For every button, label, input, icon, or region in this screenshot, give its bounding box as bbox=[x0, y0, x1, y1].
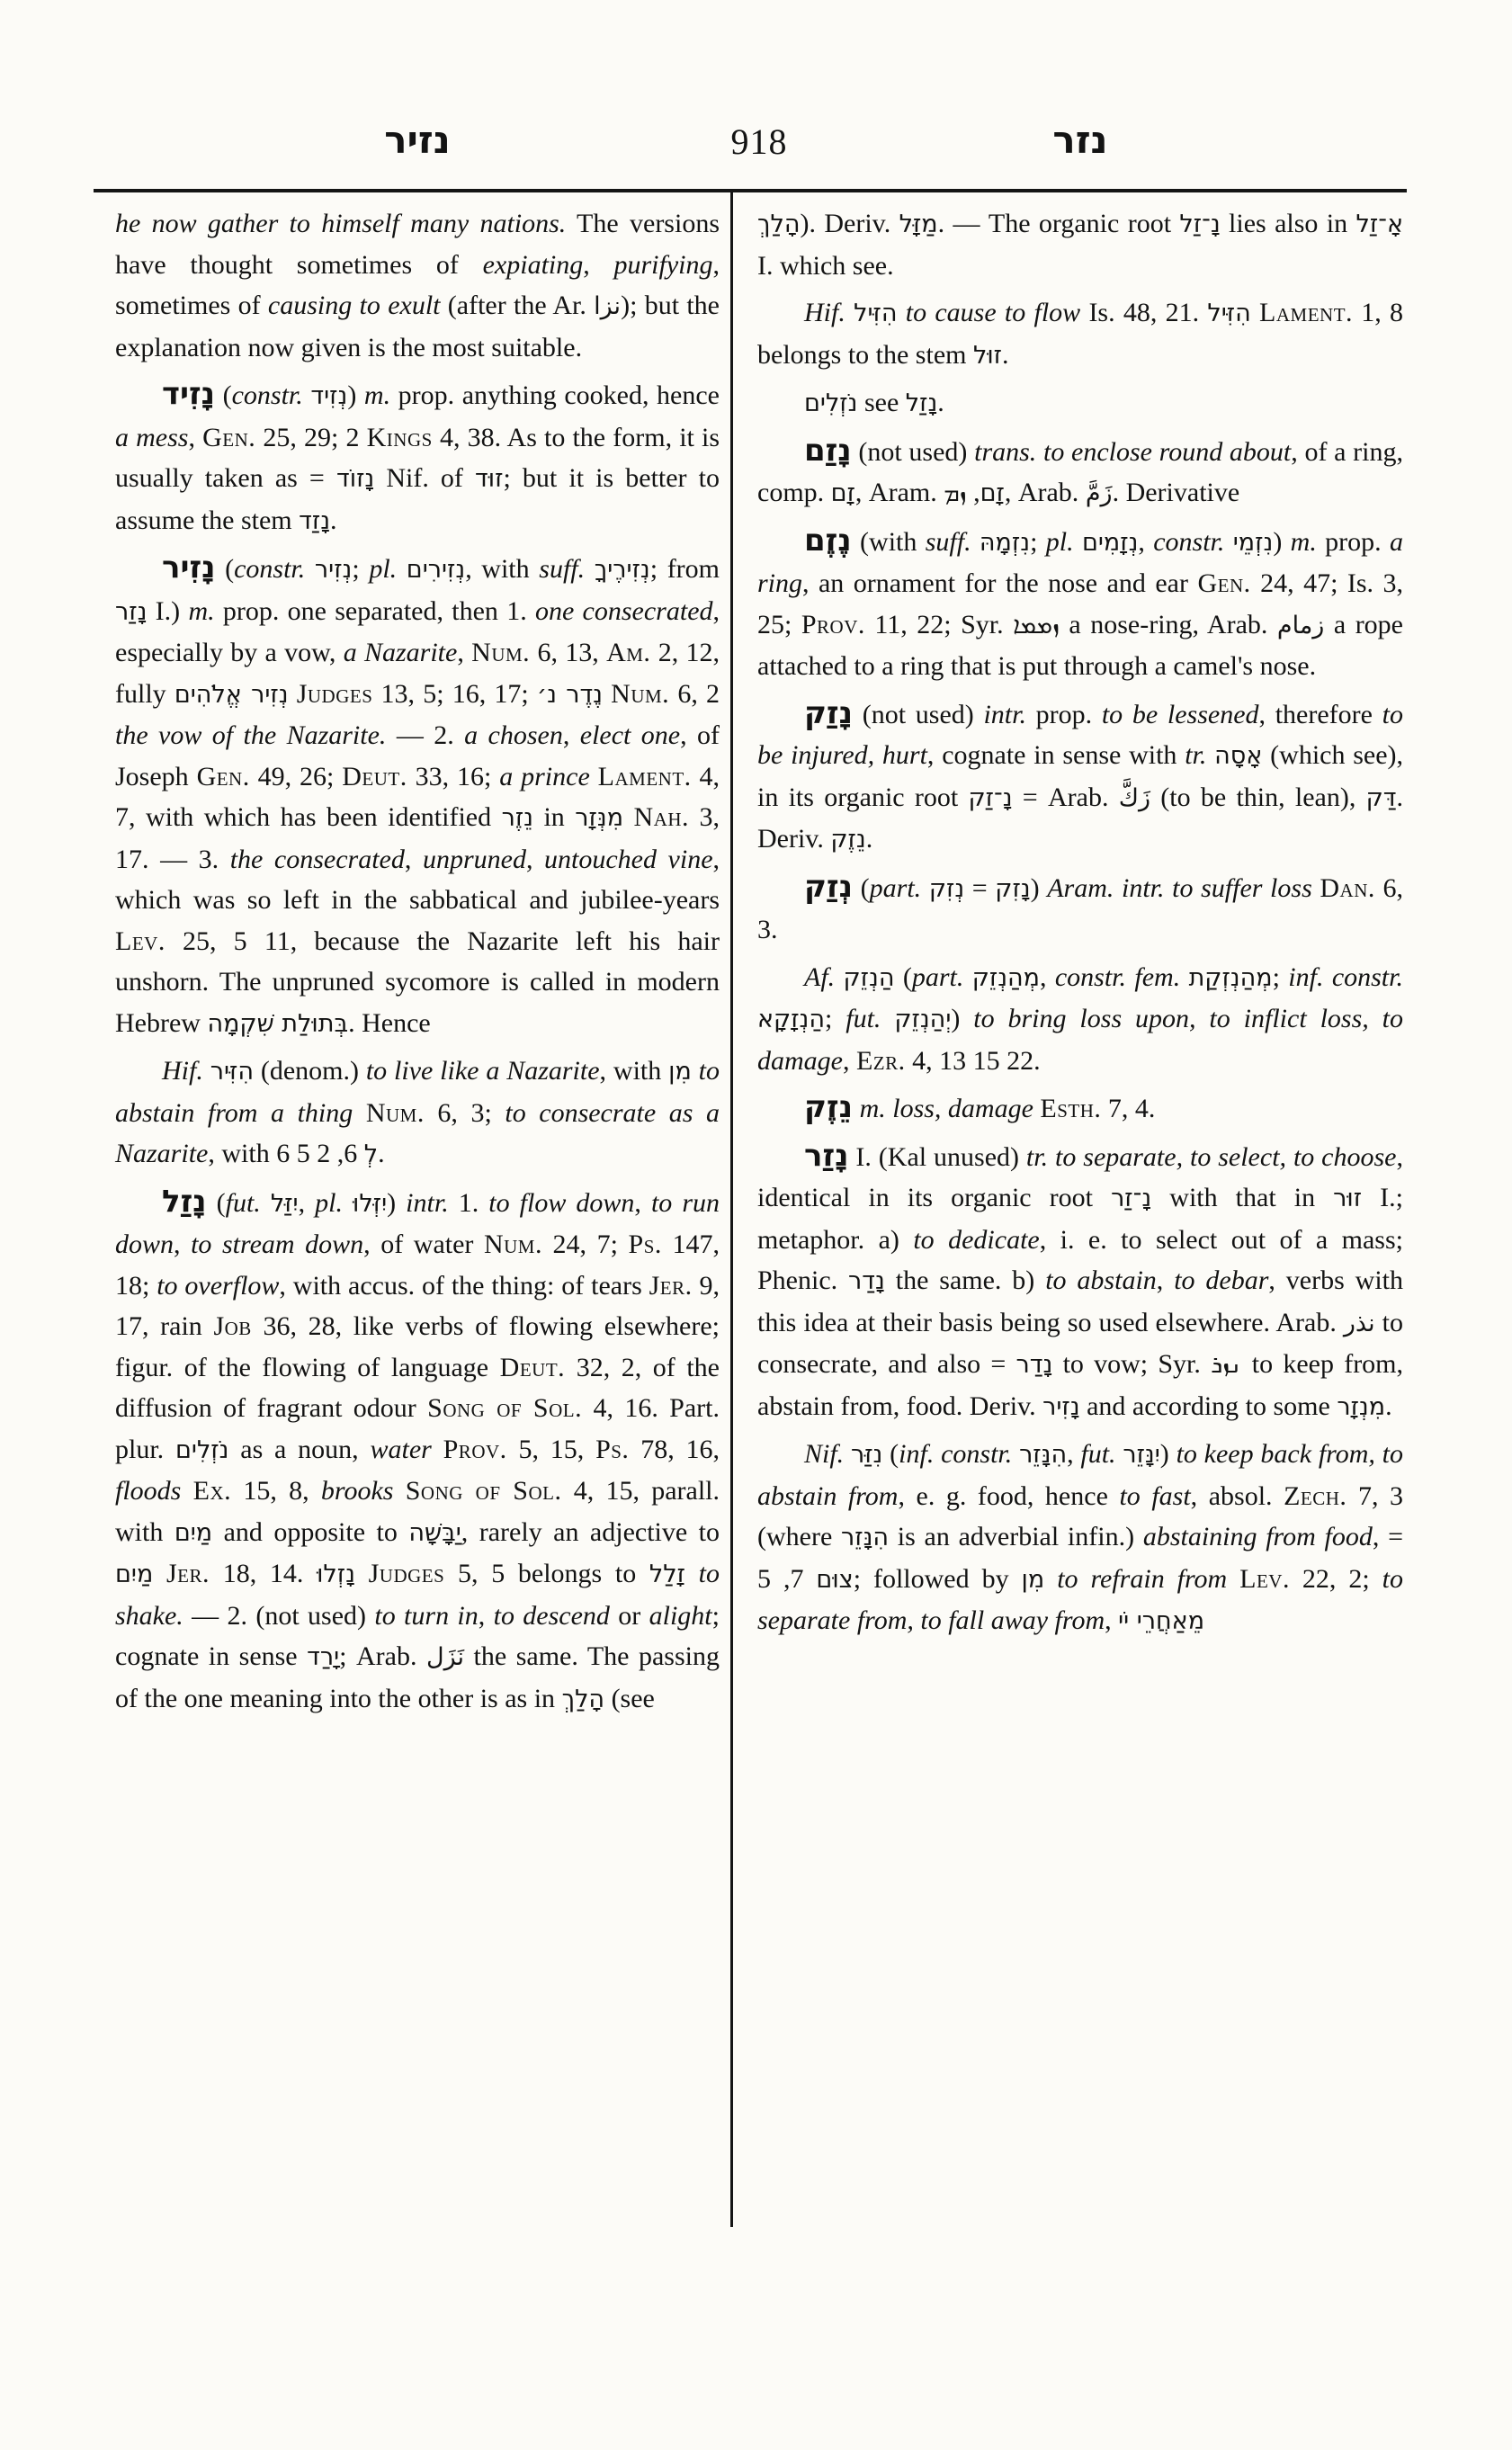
text-segment: prop. bbox=[1026, 700, 1102, 729]
italic-text-segment: elect one bbox=[580, 720, 680, 750]
text-segment: , bbox=[1105, 1605, 1118, 1635]
italic-text-segment: to overflow bbox=[157, 1271, 279, 1301]
text-segment: = Arab. bbox=[1013, 782, 1119, 812]
hebrew-word: יָרַד bbox=[307, 1643, 339, 1671]
text-segment bbox=[585, 554, 595, 584]
italic-text-segment: to be lessened bbox=[1102, 700, 1259, 729]
text-segment: — 2. bbox=[386, 720, 464, 750]
italic-text-segment: constr. bbox=[1153, 527, 1224, 557]
italic-text-segment: to debar bbox=[1174, 1265, 1268, 1295]
running-head-right-hebrew: נזר bbox=[757, 113, 1403, 167]
arabic-word: زمام bbox=[1277, 612, 1324, 639]
bible-reference: Lev. bbox=[1239, 1564, 1290, 1594]
text-segment: , bbox=[457, 638, 471, 667]
italic-text-segment: to cause to flow bbox=[906, 298, 1080, 327]
italic-text-segment: to descend bbox=[494, 1601, 610, 1631]
text-segment: 6, 3; bbox=[425, 1098, 505, 1128]
hebrew-word: נָ־זַק bbox=[968, 784, 1012, 812]
bible-reference: Dan. bbox=[1320, 873, 1375, 903]
hebrew-word: נֹזְלִים bbox=[804, 389, 857, 417]
bible-reference: Nah. bbox=[634, 802, 690, 832]
text-segment: 22, 2; bbox=[1290, 1564, 1382, 1594]
text-segment: ; bbox=[825, 1004, 845, 1033]
dictionary-page: נזיר 918 נזר he now gather to himself ma… bbox=[0, 0, 1512, 2450]
hebrew-word: נָדַר bbox=[848, 1267, 885, 1295]
bible-reference: Lev. bbox=[115, 926, 166, 956]
text-segment bbox=[1224, 527, 1232, 557]
hebrew-word: יְהַנְזֵק bbox=[894, 1006, 951, 1033]
entry-paragraph: Hif. הִזִּיל to cause to flow Is. 48, 21… bbox=[757, 292, 1403, 376]
column-divider-rule bbox=[730, 192, 733, 2227]
text-segment: — 2. (not used) bbox=[183, 1601, 375, 1631]
italic-text-segment: to refrain from bbox=[1057, 1564, 1227, 1594]
hebrew-word: נְזִירֶיךָ bbox=[595, 556, 650, 584]
entry-paragraph: Hif. הִזִּיר (denom.) to live like a Naz… bbox=[115, 1051, 720, 1176]
text-segment bbox=[603, 679, 611, 709]
entry-paragraph: Af. הַנְזֵק (part. מְהַנְזֵק, constr. fe… bbox=[757, 957, 1403, 1082]
text-segment: , cognate in sense with bbox=[927, 740, 1185, 770]
text-segment: 5, 15, bbox=[507, 1435, 595, 1464]
italic-text-segment: part. bbox=[870, 873, 922, 903]
hebrew-word: נָ־זַל bbox=[1179, 210, 1220, 238]
bible-reference: Prov. bbox=[801, 610, 865, 639]
text-segment: 78, 16, bbox=[629, 1435, 720, 1464]
text-segment: = bbox=[964, 873, 995, 903]
text-segment: and according to some bbox=[1080, 1391, 1338, 1421]
hebrew-word: נָזִק bbox=[995, 875, 1030, 903]
arabic-word: نزا bbox=[594, 292, 621, 320]
italic-text-segment: to flow down bbox=[488, 1188, 634, 1218]
entry-paragraph: נְזַק (part. נָזִק = נְזִק) Aram. intr. … bbox=[757, 867, 1403, 951]
text-segment bbox=[261, 1188, 271, 1218]
italic-text-segment: Aram. intr. to suffer loss bbox=[1047, 873, 1312, 903]
italic-text-segment: tr. to separate, to select, to choose bbox=[1026, 1142, 1397, 1172]
text-segment: (not used) bbox=[852, 437, 974, 467]
text-segment bbox=[397, 554, 407, 584]
text-segment: , bbox=[1067, 1439, 1080, 1469]
text-segment bbox=[845, 298, 854, 327]
text-segment: 5, 5 belongs to bbox=[444, 1559, 649, 1588]
italic-text-segment: a mess bbox=[115, 423, 188, 452]
arabic-word: نَزَل bbox=[426, 1643, 464, 1671]
italic-text-segment: suff. bbox=[539, 554, 585, 584]
entry-paragraph: נָזַק (not used) intr. prop. to be lesse… bbox=[757, 693, 1403, 861]
entry-paragraph: נָזִיר (constr. נְזִיר; pl. נְזִירִים, w… bbox=[115, 548, 720, 1044]
text-segment bbox=[897, 298, 905, 327]
text-segment: 49, 26; bbox=[250, 762, 343, 791]
italic-text-segment: constr. bbox=[232, 380, 303, 410]
text-segment: in bbox=[533, 802, 575, 832]
hebrew-word: הַנְזֵק bbox=[844, 964, 895, 992]
text-segment: ( bbox=[215, 380, 232, 410]
hebrew-word: צוּם bbox=[816, 1566, 853, 1594]
hebrew-word: נָזַל bbox=[906, 389, 938, 417]
italic-text-segment: to stream down bbox=[191, 1229, 363, 1259]
hebrew-word: נֵזֶר bbox=[502, 804, 533, 832]
text-segment: 6, 13, bbox=[530, 638, 606, 667]
hebrew-word: מַיִם bbox=[115, 1560, 153, 1588]
text-segment: 7, 5; followed by bbox=[757, 1564, 1022, 1594]
bible-reference: Song of Sol. bbox=[406, 1476, 562, 1506]
text-segment: , with bbox=[208, 1139, 276, 1168]
italic-text-segment: unpruned bbox=[423, 845, 526, 874]
header-rule bbox=[94, 189, 1407, 192]
text-segment: Nif. of bbox=[374, 463, 475, 493]
italic-text-segment: alight bbox=[649, 1601, 712, 1631]
arabic-word: زَكَّ bbox=[1119, 784, 1150, 812]
text-segment: , bbox=[967, 478, 980, 507]
text-segment: , bbox=[1040, 962, 1055, 992]
bible-reference: Judges bbox=[297, 679, 373, 709]
hebrew-word: לְ bbox=[364, 1140, 378, 1168]
hebrew-word: נָזִיר bbox=[1042, 1393, 1079, 1421]
text-segment: ). Deriv. bbox=[801, 209, 899, 238]
italic-text-segment: m. bbox=[1291, 527, 1317, 557]
hebrew-word: הִזִּיל bbox=[1207, 300, 1250, 327]
hebrew-word: יִזַּל bbox=[271, 1190, 299, 1218]
hebrew-word: אָ־זַל bbox=[1356, 210, 1403, 238]
hebrew-word: הִזִּיל bbox=[854, 300, 897, 327]
text-segment: , of water bbox=[363, 1229, 484, 1259]
text-segment: ( bbox=[216, 554, 235, 584]
text-segment: 24, 7; bbox=[542, 1229, 629, 1259]
italic-text-segment: part. bbox=[912, 962, 964, 992]
hebrew-word: יִזְּלוּ bbox=[353, 1190, 387, 1218]
text-segment: a nose-ring, Arab. bbox=[1060, 610, 1277, 639]
italic-text-segment: tr. bbox=[1185, 740, 1206, 770]
text-segment: , Arab. bbox=[1005, 478, 1086, 507]
text-segment: (with bbox=[852, 527, 926, 557]
entry-paragraph: he now gather to himself many nations. T… bbox=[115, 203, 720, 368]
text-segment bbox=[590, 762, 598, 791]
hebrew-word: הִנָּזֵר bbox=[841, 1524, 889, 1551]
text-segment: . Hence bbox=[348, 1008, 431, 1038]
text-segment: ; Arab. bbox=[339, 1641, 426, 1671]
hebrew-headword: נָזִיר bbox=[162, 550, 216, 586]
hebrew-word: נִזַּר bbox=[851, 1441, 882, 1469]
text-segment: , therefore bbox=[1259, 700, 1382, 729]
hebrew-word: נָדַר bbox=[1016, 1351, 1053, 1379]
text-segment bbox=[971, 527, 980, 557]
text-segment bbox=[685, 1559, 699, 1588]
hebrew-word: נָזַד bbox=[299, 507, 330, 535]
text-segment: , rarely an adjective to bbox=[461, 1517, 720, 1547]
italic-text-segment: intr. bbox=[983, 700, 1026, 729]
text-segment: ) bbox=[1273, 527, 1290, 557]
bible-reference: Num. bbox=[611, 679, 669, 709]
text-segment: 15, 8, bbox=[231, 1476, 321, 1506]
text-segment: 11, 22; Syr. bbox=[865, 610, 1013, 639]
hebrew-headword: נָזַר bbox=[804, 1138, 849, 1174]
text-segment: and opposite to bbox=[212, 1517, 408, 1547]
text-segment: . bbox=[1385, 1391, 1392, 1421]
entry-paragraph: נָזַל (fut. יִזַּל, pl. יִזְּלוּ) intr. … bbox=[115, 1182, 720, 1721]
hebrew-word: זָלַל bbox=[649, 1560, 685, 1588]
italic-text-segment: Hif. bbox=[162, 1056, 203, 1086]
text-segment: 25, 29; 2 bbox=[255, 423, 366, 452]
text-segment bbox=[1227, 1564, 1239, 1594]
italic-text-segment: Af. bbox=[804, 962, 835, 992]
italic-text-segment: Hif. bbox=[804, 298, 845, 327]
text-segment: (to be thin, lean), bbox=[1150, 782, 1366, 812]
italic-text-segment: to dedicate bbox=[913, 1225, 1039, 1255]
text-segment bbox=[1044, 1564, 1057, 1594]
text-segment: to vow; Syr. bbox=[1052, 1349, 1211, 1379]
hebrew-word: נָזְלוּ bbox=[317, 1560, 355, 1588]
text-segment: ; bbox=[352, 554, 369, 584]
text-segment: ( bbox=[894, 962, 911, 992]
hebrew-word: נָזוֹד bbox=[336, 465, 374, 493]
syriac-word: ܙܡ bbox=[944, 479, 966, 507]
text-segment: as a noun, bbox=[228, 1435, 370, 1464]
text-segment: ) bbox=[387, 1188, 406, 1218]
italic-text-segment: pl. bbox=[315, 1188, 343, 1218]
italic-text-segment: inf. constr. bbox=[899, 1439, 1012, 1469]
text-segment: , bbox=[188, 423, 202, 452]
bible-reference: Ps. bbox=[595, 1435, 629, 1464]
text-segment: , bbox=[843, 1046, 856, 1076]
italic-text-segment: the consecrated bbox=[230, 845, 405, 874]
hebrew-word: מִנְּזָר bbox=[575, 804, 623, 832]
text-segment: , an ornament for the nose and ear bbox=[802, 568, 1197, 598]
hebrew-word: דַּק bbox=[1366, 784, 1397, 812]
italic-text-segment: to live like a Nazarite bbox=[366, 1056, 600, 1086]
text-segment: , bbox=[479, 1601, 494, 1631]
text-segment: , bbox=[1138, 527, 1153, 557]
hebrew-word: נֶדֶר נ׳ bbox=[537, 681, 603, 709]
entry-paragraph: נֵזֶק m. loss, damage Esth. 7, 4. bbox=[757, 1087, 1403, 1130]
bible-reference: Ex. bbox=[193, 1476, 232, 1506]
text-segment: ; bbox=[1273, 962, 1289, 992]
text-segment: (see bbox=[604, 1684, 655, 1713]
hebrew-headword: נָזִיד bbox=[162, 376, 215, 412]
bible-reference: Jer. bbox=[649, 1271, 693, 1301]
hebrew-word: יִנָּזֵר bbox=[1123, 1441, 1159, 1469]
italic-text-segment: Nif. bbox=[804, 1439, 844, 1469]
bible-reference: Deut. bbox=[342, 762, 407, 791]
text-segment: , bbox=[299, 1188, 316, 1218]
text-segment bbox=[1206, 740, 1214, 770]
text-segment: ) bbox=[1160, 1439, 1176, 1469]
hebrew-word: נְזִיד bbox=[310, 382, 347, 410]
bible-reference: Num. bbox=[471, 638, 530, 667]
entry-paragraph: נֹזְלִים see נָזַל. bbox=[757, 382, 1403, 425]
text-segment: ( bbox=[853, 873, 870, 903]
hebrew-word: מִנְזָר bbox=[1337, 1393, 1385, 1421]
hebrew-word: מְהַנְזֵק bbox=[972, 964, 1040, 992]
italic-text-segment: fut. bbox=[1080, 1439, 1115, 1469]
bible-reference: Num. bbox=[366, 1098, 425, 1128]
italic-text-segment: m. bbox=[188, 596, 214, 626]
text-segment: (denom.) bbox=[254, 1056, 366, 1086]
bible-reference: Job bbox=[213, 1311, 251, 1341]
text-segment: ) bbox=[1031, 873, 1048, 903]
italic-text-segment: a chosen bbox=[464, 720, 563, 750]
text-segment bbox=[393, 1476, 405, 1506]
hebrew-word: מֵאַחֲרֵי יֹי bbox=[1118, 1607, 1204, 1635]
italic-text-segment: to abstain bbox=[1045, 1265, 1157, 1295]
entry-paragraph: הָלַךְ). Deriv. מַזָּל. — The organic ro… bbox=[757, 203, 1403, 286]
text-segment: I. which see. bbox=[757, 251, 894, 281]
text-segment bbox=[963, 962, 971, 992]
text-segment: prop. anything cooked, hence bbox=[390, 380, 720, 410]
text-segment bbox=[1251, 298, 1259, 327]
hebrew-word: הַנְזָקָא bbox=[757, 1006, 825, 1033]
italic-text-segment: trans. to enclose round about bbox=[974, 437, 1291, 467]
text-segment: , bbox=[583, 250, 613, 280]
italic-text-segment: to turn in bbox=[374, 1601, 478, 1631]
italic-text-segment: m. bbox=[860, 1094, 886, 1123]
text-segment: 18, 14. bbox=[210, 1559, 317, 1588]
text-segment: (after the Ar. bbox=[441, 291, 595, 320]
text-segment: . bbox=[937, 388, 944, 417]
hebrew-word: זוּר bbox=[1333, 1185, 1362, 1212]
hebrew-word: מְהַנְזְקַת bbox=[1189, 964, 1273, 992]
hebrew-headword: נְזַק bbox=[804, 869, 853, 905]
bible-reference: Esth. bbox=[1040, 1094, 1101, 1123]
italic-text-segment: untouched vine bbox=[544, 845, 713, 874]
hebrew-word: הִזִּיר bbox=[210, 1058, 254, 1086]
italic-text-segment: causing to exult bbox=[268, 291, 441, 320]
text-segment: 4, 13 15 22. bbox=[906, 1046, 1041, 1076]
left-column: he now gather to himself many nations. T… bbox=[115, 203, 720, 1720]
italic-text-segment: pl. bbox=[369, 554, 397, 584]
text-segment: ( bbox=[207, 1188, 226, 1218]
hebrew-word: זוּל bbox=[973, 342, 1002, 370]
text-segment: see bbox=[857, 388, 905, 417]
italic-text-segment: brooks bbox=[321, 1476, 394, 1506]
hebrew-word: אָסָה bbox=[1214, 742, 1262, 770]
italic-text-segment: suff. bbox=[926, 527, 971, 557]
hebrew-word: בְּתוּלַת שִׁקְמָה bbox=[207, 1010, 348, 1038]
bible-reference: Lament. bbox=[598, 762, 692, 791]
text-segment bbox=[853, 1094, 860, 1123]
hebrew-headword: נָזַק bbox=[804, 695, 853, 731]
italic-text-segment: fut. bbox=[845, 1004, 881, 1033]
text-segment bbox=[921, 873, 929, 903]
text-segment: or bbox=[610, 1601, 649, 1631]
italic-text-segment: constr. bbox=[234, 554, 305, 584]
hebrew-word: יַבָּשָׁה bbox=[408, 1519, 461, 1547]
hebrew-word: נֵזֶק bbox=[830, 826, 865, 854]
arabic-word: زَمَّ bbox=[1086, 479, 1113, 507]
page-header: נזיר 918 נזר bbox=[0, 108, 1512, 180]
italic-text-segment: abstaining from food bbox=[1143, 1522, 1373, 1551]
text-segment bbox=[881, 1004, 894, 1033]
text-segment bbox=[844, 1439, 851, 1469]
text-segment: . bbox=[1002, 340, 1009, 370]
bible-reference: Deut. bbox=[500, 1353, 566, 1382]
hebrew-headword: נֵזֶק bbox=[804, 1089, 853, 1125]
text-segment bbox=[305, 554, 315, 584]
text-segment: , with bbox=[465, 554, 539, 584]
text-segment: , bbox=[1157, 1265, 1174, 1295]
hebrew-headword: נָזַם bbox=[804, 433, 852, 469]
text-segment bbox=[692, 1056, 699, 1086]
italic-text-segment: fut. bbox=[226, 1188, 261, 1218]
text-segment bbox=[432, 1435, 443, 1464]
text-segment: , with accus. of the thing: of tears bbox=[279, 1271, 649, 1301]
italic-text-segment: intr. bbox=[406, 1188, 449, 1218]
text-segment: the same. b) bbox=[885, 1265, 1045, 1295]
italic-text-segment: a prince bbox=[499, 762, 590, 791]
hebrew-word: מִן bbox=[1022, 1566, 1045, 1594]
text-segment: , with bbox=[600, 1056, 669, 1086]
text-segment: ( bbox=[882, 1439, 899, 1469]
text-segment bbox=[1180, 962, 1188, 992]
hebrew-word: זוּד bbox=[475, 465, 503, 493]
text-segment: ) bbox=[951, 1004, 973, 1033]
text-segment bbox=[181, 1476, 192, 1506]
italic-text-segment: water bbox=[370, 1435, 431, 1464]
hebrew-word: נָ־זַר bbox=[1111, 1185, 1151, 1212]
syriac-word: ܙܡܡܐ bbox=[1013, 612, 1060, 639]
text-segment: , bbox=[405, 845, 423, 874]
italic-text-segment: expiating bbox=[483, 250, 584, 280]
text-segment bbox=[623, 802, 633, 832]
text-segment: , absol. bbox=[1191, 1481, 1284, 1511]
text-segment: prop. one separated, then 1. bbox=[215, 596, 535, 626]
italic-text-segment: the vow of the Nazarite. bbox=[115, 720, 386, 750]
hebrew-word: הָלַךְ bbox=[562, 1685, 605, 1713]
bible-reference: Kings bbox=[367, 423, 433, 452]
right-column: הָלַךְ). Deriv. מַזָּל. — The organic ro… bbox=[757, 203, 1403, 1642]
text-segment bbox=[353, 1098, 366, 1128]
italic-text-segment: constr. fem. bbox=[1055, 962, 1180, 992]
italic-text-segment: he now gather to himself many nations. bbox=[115, 209, 566, 238]
text-segment: (not used) bbox=[853, 700, 983, 729]
text-segment bbox=[355, 1559, 369, 1588]
text-segment: , bbox=[526, 845, 544, 874]
hebrew-word: נְזִיר אֱלֹהִים bbox=[174, 681, 289, 709]
bible-reference: Song of Sol. bbox=[427, 1393, 582, 1423]
hebrew-word: מַיִם bbox=[174, 1519, 212, 1547]
hebrew-word: הִנָּזֵר bbox=[1019, 1441, 1067, 1469]
italic-text-segment: one consecrated bbox=[535, 596, 713, 626]
italic-text-segment: purifying bbox=[614, 250, 713, 280]
text-segment: . — The organic root bbox=[938, 209, 1180, 238]
text-segment bbox=[1012, 1439, 1019, 1469]
entry-paragraph: נָזִיד (constr. נְזִיד) m. prop. anythin… bbox=[115, 374, 720, 541]
italic-text-segment: m. bbox=[364, 380, 390, 410]
text-segment: . Derivative bbox=[1113, 478, 1240, 507]
text-segment: Is. 48, 21. bbox=[1080, 298, 1207, 327]
hebrew-word: זָם bbox=[980, 479, 1005, 507]
text-segment: with that in bbox=[1151, 1183, 1333, 1212]
bible-reference: Am. bbox=[606, 638, 650, 667]
text-segment: lies also in bbox=[1221, 209, 1356, 238]
bible-reference: Lament. bbox=[1259, 298, 1353, 327]
hebrew-headword: נָזַל bbox=[162, 1184, 207, 1220]
text-segment: is an adverbial infin.) bbox=[889, 1522, 1143, 1551]
arabic-word: نذر bbox=[1344, 1310, 1375, 1337]
italic-text-segment: pl. bbox=[1046, 527, 1074, 557]
text-segment: . bbox=[866, 824, 873, 854]
bible-reference: Gen. bbox=[202, 423, 255, 452]
text-segment: 13, 5; 16, 17; bbox=[372, 679, 537, 709]
text-segment: , e. g. food, hence bbox=[898, 1481, 1119, 1511]
text-segment bbox=[343, 1188, 353, 1218]
text-segment: 7, 4. bbox=[1101, 1094, 1155, 1123]
hebrew-word: נְזִירִים bbox=[407, 556, 465, 584]
entry-paragraph: נָזַם (not used) trans. to enclose round… bbox=[757, 431, 1403, 514]
bible-reference: Gen. bbox=[1197, 568, 1250, 598]
bible-reference: Gen. bbox=[197, 762, 250, 791]
text-segment bbox=[203, 1056, 210, 1086]
hebrew-word: נְזָמִים bbox=[1082, 529, 1138, 557]
text-segment bbox=[835, 962, 843, 992]
text-segment: , = bbox=[1373, 1522, 1403, 1551]
